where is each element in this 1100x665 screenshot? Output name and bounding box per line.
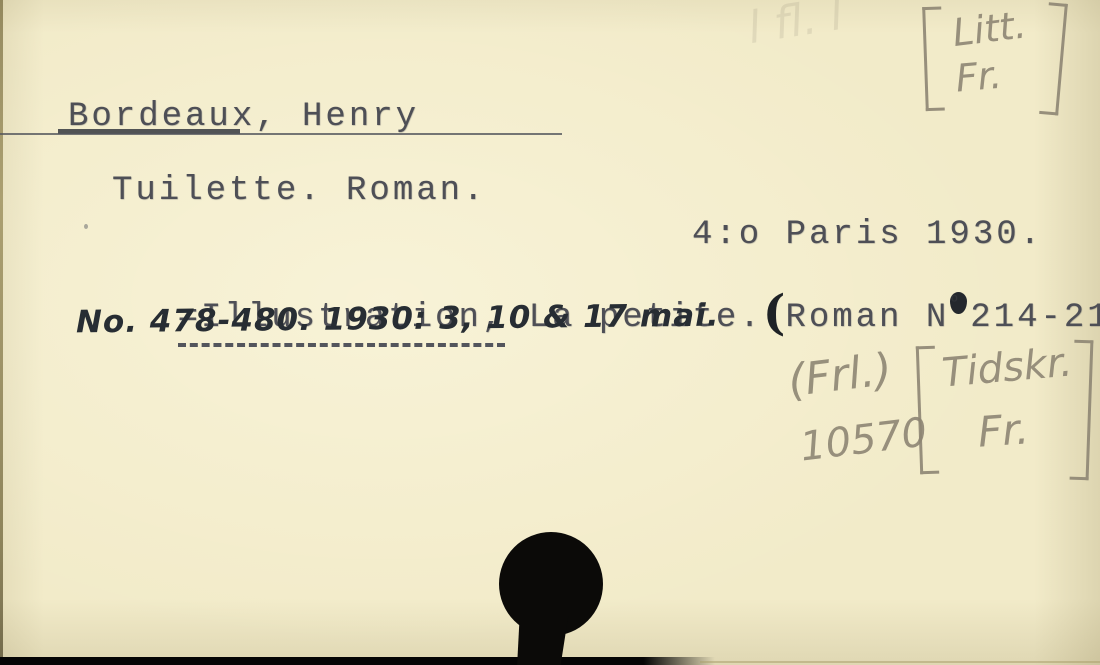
classification-line2: Fr. — [954, 56, 1003, 98]
ink-speck — [84, 224, 88, 229]
handwritten-issue-note: No. 478-480. 1930: 3, 10 & 17 mai. — [76, 301, 720, 339]
inked-superscript-o: o — [950, 292, 967, 314]
erased-pencil-marks: l fl. l — [745, 0, 846, 51]
handwritten-paren-open: ( — [763, 289, 786, 337]
pencil-abbr-note: (Frl.) — [786, 348, 895, 404]
right-bracket-stroke — [1039, 2, 1068, 115]
series-numbers: 214-216 — [970, 299, 1100, 337]
right-bracket-stroke — [1070, 340, 1094, 481]
periodical-line1: Tidskr. — [941, 342, 1074, 393]
catalog-card: Bordeaux, Henry Tuilette. Roman. 4:o Par… — [0, 0, 1100, 665]
heading-underline-thin — [0, 133, 562, 135]
pencil-shelf-number: 10570 — [798, 412, 929, 467]
edition-line: 4:o Paris 1930. — [692, 218, 1043, 252]
bottom-right-bracket-annotation: Tidskr. Fr. — [916, 338, 1098, 478]
left-bracket-stroke — [916, 346, 939, 475]
title-line: Tuilette. Roman. — [112, 174, 486, 208]
scan-bottom-faint-line — [700, 661, 1100, 663]
classification-line1: Litt. — [950, 5, 1028, 52]
periodical-line2: Fr. — [977, 408, 1031, 453]
scan-bottom-edge — [0, 657, 715, 665]
left-bracket-stroke — [922, 7, 945, 112]
top-right-bracket-annotation: Litt. Fr. — [921, 1, 1081, 118]
scan-left-edge — [0, 0, 3, 665]
series-roman-label: Roman N — [785, 299, 949, 337]
